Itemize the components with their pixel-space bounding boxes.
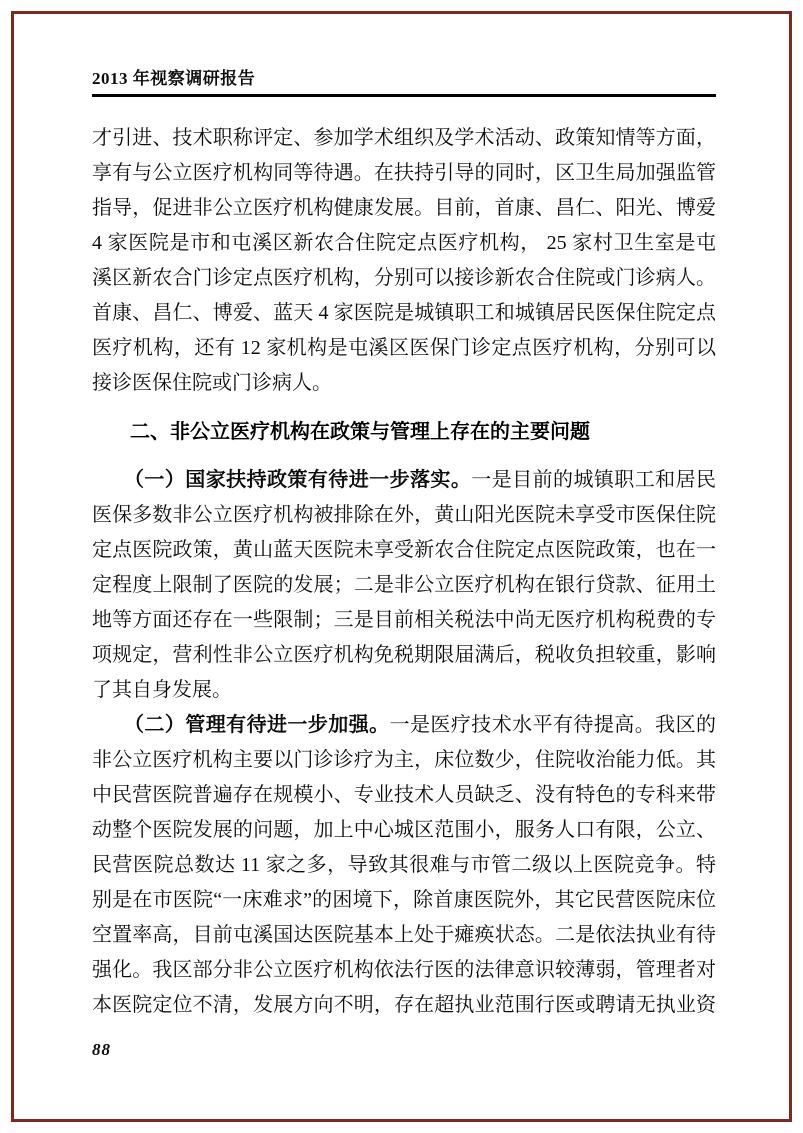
paragraph-2: （一）国家扶持政策有待进一步落实。一是目前的城镇职工和居民 医保多数非公立医疗机… <box>92 463 716 708</box>
text-line: （一）国家扶持政策有待进一步落实。一是目前的城镇职工和居民 <box>92 463 716 498</box>
header-title: 2013 年视察调研报告 <box>92 64 716 89</box>
text-line: 动整个医院发展的问题，加上中心城区范围小，服务人口有限，公立、 <box>92 813 716 848</box>
document-body: 才引进、技术职称评定、参加学术组织及学术活动、政策知情等方面， 享有与公立医疗机… <box>92 121 716 1023</box>
text-line: 项规定，营利性非公立医疗机构免税期限届满后，税收负担较重，影响 <box>92 638 716 673</box>
text-line: 空置率高，目前屯溪国达医院基本上处于瘫痪状态。二是依法执业有待 <box>92 918 716 953</box>
document-page: 2013 年视察调研报告 才引进、技术职称评定、参加学术组织及学术活动、政策知情… <box>0 0 803 1133</box>
text-line: 医疗机构，还有 12 家机构是屯溪区医保门诊定点医疗机构，分别可以 <box>92 331 716 366</box>
text-line: 了其自身发展。 <box>92 673 716 708</box>
text-line: 强化。我区部分非公立医疗机构依法行医的法律意识较薄弱，管理者对 <box>92 953 716 988</box>
text-line: 定点医院政策，黄山蓝天医院未享受新农合住院定点医院政策，也在一 <box>92 533 716 568</box>
text-run: 一是医疗技术水平有待提高。我区的 <box>390 714 716 736</box>
text-line: 享有与公立医疗机构同等待遇。在扶持引导的同时，区卫生局加强监管 <box>92 156 716 191</box>
text-line: 地等方面还存在一些限制；三是目前相关税法中尚无医疗机构税费的专 <box>92 603 716 638</box>
text-line: 中民营医院普遍存在规模小、专业技术人员缺乏、没有特色的专科来带 <box>92 778 716 813</box>
text-line: 指导，促进非公立医疗机构健康发展。目前，首康、昌仁、阳光、博爱 <box>92 191 716 226</box>
page-number: 88 <box>92 1040 111 1059</box>
text-line: 接诊医保住院或门诊病人。 <box>92 366 716 401</box>
text-line: 才引进、技术职称评定、参加学术组织及学术活动、政策知情等方面， <box>92 121 716 156</box>
text-line: 定程度上限制了医院的发展；二是非公立医疗机构在银行贷款、征用土 <box>92 568 716 603</box>
paragraph-3: （二）管理有待进一步加强。一是医疗技术水平有待提高。我区的 非公立医疗机构主要以… <box>92 708 716 1023</box>
text-line: 医保多数非公立医疗机构被排除在外，黄山阳光医院未享受市医保住院 <box>92 498 716 533</box>
text-run: 一是目前的城镇职工和居民 <box>471 469 716 491</box>
section-heading: 二、非公立医疗机构在政策与管理上存在的主要问题 <box>92 415 716 450</box>
text-line: 4 家医院是市和屯溪区新农合住院定点医疗机构， 25 家村卫生室是屯 <box>92 226 716 261</box>
text-line: 首康、昌仁、博爱、蓝天 4 家医院是城镇职工和城镇居民医保住院定点 <box>92 296 716 331</box>
text-line: 本医院定位不清，发展方向不明，存在超执业范围行医或聘请无执业资 <box>92 988 716 1023</box>
paragraph-1: 才引进、技术职称评定、参加学术组织及学术活动、政策知情等方面， 享有与公立医疗机… <box>92 121 716 401</box>
page-content: 2013 年视察调研报告 才引进、技术职称评定、参加学术组织及学术活动、政策知情… <box>92 64 716 1023</box>
text-line: 非公立医疗机构主要以门诊诊疗为主，床位数少，住院收治能力低。其 <box>92 743 716 778</box>
text-line: 民营医院总数达 11 家之多，导致其很难与市管二级以上医院竞争。特 <box>92 848 716 883</box>
header-rule <box>92 94 716 97</box>
page-header: 2013 年视察调研报告 <box>92 64 716 97</box>
paragraph-3-lead: （二）管理有待进一步加强。 <box>124 714 390 736</box>
text-line: 溪区新农合门诊定点医疗机构，分别可以接诊新农合住院或门诊病人。 <box>92 261 716 296</box>
page-footer: 88 <box>92 1040 111 1060</box>
text-line: 别是在市医院“一床难求”的困境下，除首康医院外，其它民营医院床位 <box>92 883 716 918</box>
text-line: （二）管理有待进一步加强。一是医疗技术水平有待提高。我区的 <box>92 708 716 743</box>
paragraph-2-lead: （一）国家扶持政策有待进一步落实。 <box>124 469 471 491</box>
